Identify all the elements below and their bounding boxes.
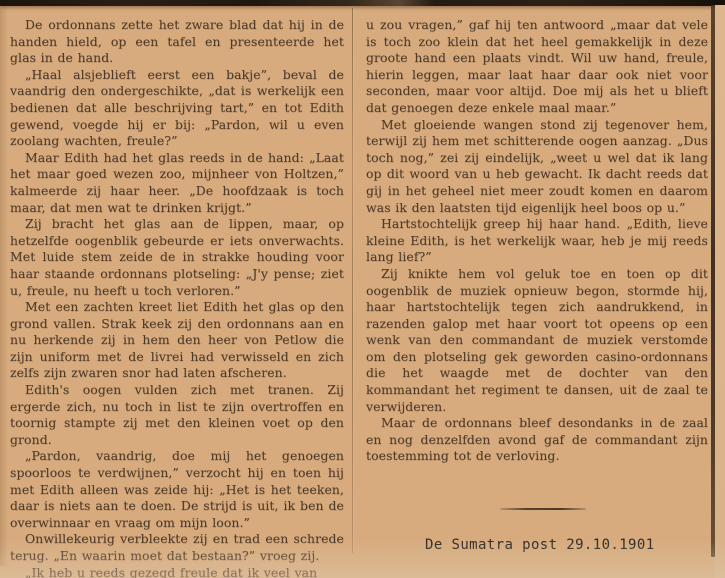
newspaper-clipping-scan: De ordonnans zette het zware blad dat hi…	[0, 0, 725, 578]
article-column-right: u zou vragen,” gaf hij ten antwoord „maa…	[366, 17, 708, 465]
article-paragraph: Met een zachten kreet liet Edith het gla…	[10, 299, 344, 382]
article-paragraph: Met gloeiende wangen stond zij tegenover…	[366, 117, 708, 217]
article-paragraph: „Haal alsjeblieft eerst een bakje”, beva…	[10, 67, 344, 150]
article-paragraph: De ordonnans zette het zware blad dat hi…	[10, 17, 344, 67]
article-column-left: De ordonnans zette het zware blad dat hi…	[10, 17, 344, 578]
article-paragraph: u zou vragen,” gaf hij ten antwoord „maa…	[366, 17, 708, 117]
article-paragraph: Edith's oogen vulden zich met tranen. Zi…	[10, 382, 344, 448]
paper-shading-left	[0, 6, 8, 566]
article-end-divider	[500, 508, 586, 510]
clipping-right-edge	[711, 5, 715, 557]
article-paragraph: Maar de ordonnans bleef desondanks in de…	[366, 415, 708, 465]
article-paragraph: Hartstochtelijk greep hij haar hand. „Ed…	[366, 216, 708, 266]
article-paragraph: Maar Edith had het glas reeds in de hand…	[10, 150, 344, 216]
column-divider-rule	[352, 8, 353, 553]
clipping-top-edge	[0, 0, 725, 6]
paper-margin-right	[715, 5, 725, 578]
article-paragraph: Zij knikte hem vol geluk toe en toen op …	[366, 266, 708, 415]
article-paragraph: „Pardon, vaandrig, doe mij het genoegen …	[10, 448, 344, 531]
paper-shading-bottom	[0, 540, 725, 578]
article-paragraph: Zij bracht het glas aan de lippen, maar,…	[10, 216, 344, 299]
